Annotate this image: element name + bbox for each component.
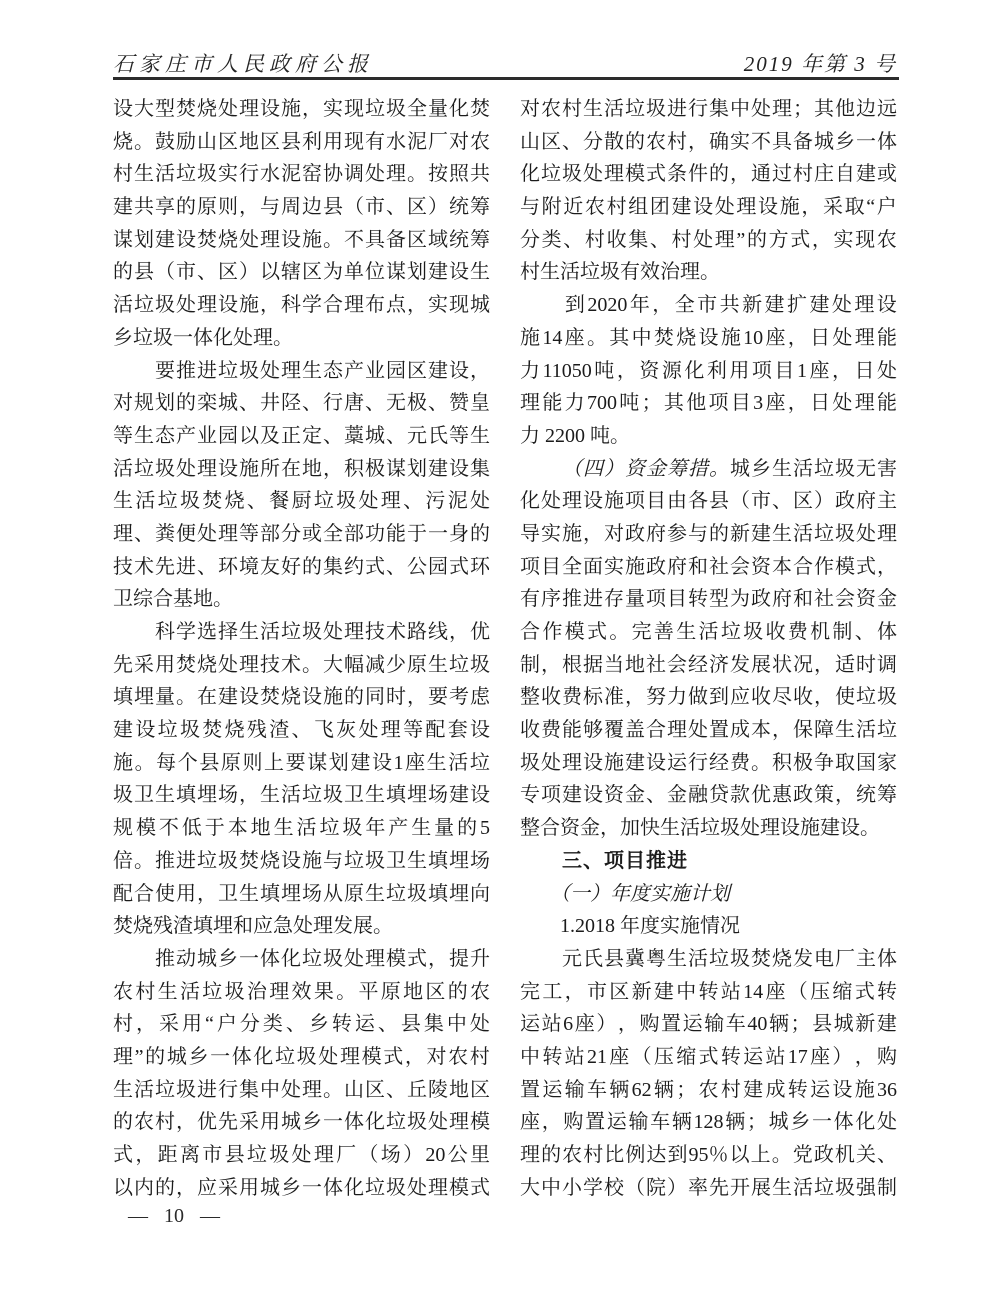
text-line: 填埋量。在建设焚烧设施的同时，要考虑 [113, 681, 490, 714]
column-right: 对农村生活垃圾进行集中处理；其他边远山区、分散的农村，确实不具备城乡一体化垃圾处… [520, 93, 897, 1204]
text-line: （四）资金筹措。城乡生活垃圾无害 [520, 453, 897, 486]
paragraph: 到2020年，全市共新建扩建处理设施14座。其中焚烧设施10座，日处理能力110… [520, 289, 897, 452]
paragraph: 三、项目推进 [520, 845, 897, 878]
text-line: 对农村生活垃圾进行集中处理；其他边远 [520, 93, 897, 126]
text-line: 与附近农村组团建设处理设施，采取“户 [520, 191, 897, 224]
text-line: 理能力700吨；其他项目3座，日处理能 [520, 387, 897, 420]
text-line: 导实施，对政府参与的新建生活垃圾处理 [520, 518, 897, 551]
text-line: 生活垃圾焚烧、餐厨垃圾处理、污泥处 [113, 485, 490, 518]
text-line: 运站6座），购置运输车40辆；县城新建 [520, 1008, 897, 1041]
paragraph: 1.2018 年度实施情况 [520, 910, 897, 943]
page-number-dash-left: — [128, 1205, 148, 1228]
text-line: 项目全面实施政府和社会资本合作模式， [520, 551, 897, 584]
text-line: 山区、分散的农村，确实不具备城乡一体 [520, 126, 897, 159]
text-line: 要推进垃圾处理生态产业园区建设， [113, 355, 490, 388]
gazette-page: 石家庄市人民政府公报 2019 年第 3 号 设大型焚烧处理设施，实现垃圾全量化… [0, 0, 1000, 1294]
text-line: 施。每个县原则上要谋划建设1座生活垃 [113, 747, 490, 780]
text-line: 卫综合基地。 [113, 583, 490, 616]
text-line: 设大型焚烧处理设施，实现垃圾全量化焚 [113, 93, 490, 126]
page-number-dash-right: — [200, 1205, 220, 1228]
text-line: 对规划的栾城、井陉、行唐、无极、赞皇 [113, 387, 490, 420]
text-line: 化垃圾处理模式条件的，通过村庄自建或 [520, 158, 897, 191]
paragraph: 对农村生活垃圾进行集中处理；其他边远山区、分散的农村，确实不具备城乡一体化垃圾处… [520, 93, 897, 289]
text-line: 理的农村比例达到95％以上。党政机关、 [520, 1139, 897, 1172]
body-text: 设大型焚烧处理设施，实现垃圾全量化焚烧。鼓励山区地区县利用现有水泥厂对农村生活垃… [113, 93, 897, 1204]
text-line: 有序推进存量项目转型为政府和社会资金 [520, 583, 897, 616]
text-line: 理、粪便处理等部分或全部功能于一身的 [113, 518, 490, 551]
gazette-title: 石家庄市人民政府公报 [113, 48, 373, 78]
text-line: 专项建设资金、金融贷款优惠政策，统筹 [520, 779, 897, 812]
paragraph: 科学选择生活垃圾处理技术路线，优先采用焚烧处理技术。大幅减少原生垃圾填埋量。在建… [113, 616, 490, 943]
text-line: 科学选择生活垃圾处理技术路线，优 [113, 616, 490, 649]
text-line: 元氏县冀粤生活垃圾焚烧发电厂主体 [520, 943, 897, 976]
text-line: 村，采用“户分类、乡转运、县集中处 [113, 1008, 490, 1041]
text-line: 大中小学校（院）率先开展生活垃圾强制 [520, 1172, 897, 1205]
text-line: 圾处理设施建设运行经费。积极争取国家 [520, 747, 897, 780]
text-line: 合作模式。完善生活垃圾收费机制、体 [520, 616, 897, 649]
text-line: 农村生活垃圾治理效果。平原地区的农 [113, 976, 490, 1009]
text-line: 活垃圾处理设施，科学合理布点，实现城 [113, 289, 490, 322]
text-line: 先采用焚烧处理技术。大幅减少原生垃圾 [113, 649, 490, 682]
text-line: 整合资金，加快生活垃圾处理设施建设。 [520, 812, 897, 845]
text-line: 活垃圾处理设施所在地，积极谋划建设集 [113, 453, 490, 486]
paragraph: （一）年度实施计划 [520, 878, 897, 911]
text-line: 座，购置运输车辆128辆；城乡一体化处 [520, 1106, 897, 1139]
text-line: 分类、村收集、村处理”的方式，实现农 [520, 224, 897, 257]
text-line: 力11050吨，资源化利用项目1座，日处 [520, 355, 897, 388]
text-line: 的农村，优先采用城乡一体化垃圾处理模 [113, 1106, 490, 1139]
text-line: 置运输车辆62辆；农村建成转运设施36 [520, 1074, 897, 1107]
text-line: 村生活垃圾实行水泥窑协调处理。按照共 [113, 158, 490, 191]
column-left: 设大型焚烧处理设施，实现垃圾全量化焚烧。鼓励山区地区县利用现有水泥厂对农村生活垃… [113, 93, 490, 1204]
paragraph: （四）资金筹措。城乡生活垃圾无害化处理设施项目由各县（市、区）政府主导实施，对政… [520, 453, 897, 845]
paragraph: 要推进垃圾处理生态产业园区建设，对规划的栾城、井陉、行唐、无极、赞皇等生态产业园… [113, 355, 490, 617]
text-line: 焚烧残渣填埋和应急处理发展。 [113, 910, 490, 943]
text-line: 圾卫生填埋场，生活垃圾卫生填埋场建设 [113, 779, 490, 812]
text-line: 推动城乡一体化垃圾处理模式，提升 [113, 943, 490, 976]
text-line: 谋划建设焚烧处理设施。不具备区域统筹 [113, 224, 490, 257]
text-line: 制，根据当地社会经济发展状况，适时调 [520, 649, 897, 682]
text-line: 倍。推进垃圾焚烧设施与垃圾卫生填埋场 [113, 845, 490, 878]
page-header: 石家庄市人民政府公报 2019 年第 3 号 [113, 48, 897, 78]
text-line: 建设垃圾焚烧残渣、飞灰处理等配套设 [113, 714, 490, 747]
page-number-value: 10 [164, 1205, 184, 1228]
text-line: 中转站21座（压缩式转运站17座），购 [520, 1041, 897, 1074]
text-line: 烧。鼓励山区地区县利用现有水泥厂对农 [113, 126, 490, 159]
paragraph: 推动城乡一体化垃圾处理模式，提升农村生活垃圾治理效果。平原地区的农村，采用“户分… [113, 943, 490, 1205]
paragraph: 设大型焚烧处理设施，实现垃圾全量化焚烧。鼓励山区地区县利用现有水泥厂对农村生活垃… [113, 93, 490, 355]
text-line: 收费能够覆盖合理处置成本，保障生活垃 [520, 714, 897, 747]
text-line: 村生活垃圾有效治理。 [520, 256, 897, 289]
paragraph: 元氏县冀粤生活垃圾焚烧发电厂主体完工，市区新建中转站14座（压缩式转运站6座），… [520, 943, 897, 1205]
text-line: 整收费标准，努力做到应收尽收，使垃圾 [520, 681, 897, 714]
text-line: 施14座。其中焚烧设施10座，日处理能 [520, 322, 897, 355]
text-line: 技术先进、环境友好的集约式、公园式环 [113, 551, 490, 584]
text-line: 1.2018 年度实施情况 [520, 910, 897, 943]
header-rule [113, 77, 899, 80]
text-line: 化处理设施项目由各县（市、区）政府主 [520, 485, 897, 518]
text-line: 完工，市区新建中转站14座（压缩式转 [520, 976, 897, 1009]
text-line: 乡垃圾一体化处理。 [113, 322, 490, 355]
text-line: 建共享的原则，与周边县（市、区）统筹 [113, 191, 490, 224]
text-line: （一）年度实施计划 [520, 878, 897, 911]
text-line: 到2020年，全市共新建扩建处理设 [520, 289, 897, 322]
text-line: 理”的城乡一体化垃圾处理模式，对农村 [113, 1041, 490, 1074]
text-line: 式，距离市县垃圾处理厂（场）20公里 [113, 1139, 490, 1172]
text-line: 规模不低于本地生活垃圾年产生量的5 [113, 812, 490, 845]
text-line: 的县（市、区）以辖区为单位谋划建设生 [113, 256, 490, 289]
text-line: 配合使用，卫生填埋场从原生垃圾填埋向 [113, 878, 490, 911]
text-line: 力 2200 吨。 [520, 420, 897, 453]
issue-number: 2019 年第 3 号 [744, 48, 897, 78]
page-number: — 10 — [128, 1205, 220, 1228]
text-line: 等生态产业园以及正定、藁城、元氏等生 [113, 420, 490, 453]
text-line: 生活垃圾进行集中处理。山区、丘陵地区 [113, 1074, 490, 1107]
text-line: 三、项目推进 [520, 845, 897, 878]
text-line: 以内的，应采用城乡一体化垃圾处理模式 [113, 1172, 490, 1205]
